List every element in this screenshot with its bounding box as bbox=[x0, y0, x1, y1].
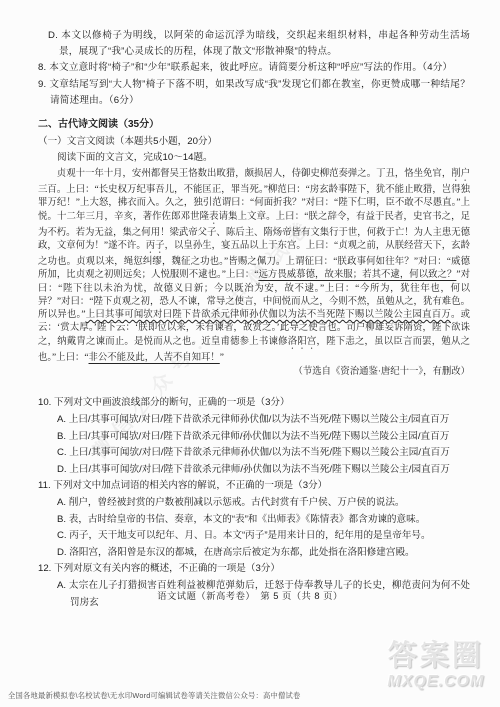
question-option: B. 表，古时给皇帝的书信、奏章，本文的“表”和《出师表》《陈情表》都含劝谏的意… bbox=[57, 512, 470, 529]
question-block: 10. 下列对文中画波浪线部分的断句，正确的一项是（3分）A. 上曰/其事可闻欤… bbox=[38, 395, 470, 478]
passage-intro: 阅读下面的文言文，完成10～14题。 bbox=[57, 150, 470, 165]
passage-segment-dot: 丙子 bbox=[146, 241, 165, 251]
passage-segment-dot: 削户 bbox=[451, 169, 470, 179]
question-option: D. 上曰/其事可闻欤/对曰/陛下昔欲杀元律师/孙伏伽以为法不当死/陛下赐以兰陵… bbox=[57, 462, 470, 479]
question-stem: 11. 下列对文中加点词语的相关内容的解说，不正确的一项是（3分） bbox=[38, 478, 470, 495]
passage-source: （节选自《资治通鉴·唐纪十一》，有删改） bbox=[38, 366, 470, 380]
logo-text-en: MXQE.COM bbox=[377, 674, 495, 690]
section-subtitle: （一）文言文阅读（本题共5小题，20分） bbox=[38, 134, 470, 151]
question-9: 9. 文章结尾写到“大人物”椅子下落不明，如果改写成“我”发现它们都在教室，你更… bbox=[38, 77, 470, 109]
passage-segment-u: 远方畏威慕德，故来服；若其不逮，何以致之？ bbox=[258, 270, 456, 280]
section-title: 二、古代诗文阅读（35分） bbox=[38, 117, 470, 134]
answer-circle-logo: 答案圈 MXQE.COM bbox=[377, 642, 495, 690]
passage-segment-wavy: 上曰其事可闻欤对曰陛下昔欲杀元律师孙伏伽以为法不当死陛下赐以兰陵公主园直百万 bbox=[86, 310, 451, 320]
question-stem: 12. 下列对原文有关内容的概述，不正确的一项是（3分） bbox=[38, 561, 470, 578]
prev-question-option-d: D. 本文以修椅子为明线，以阿荣的命运沉浮为暗线，交织起来组织材料，串起各种劳动… bbox=[48, 28, 470, 60]
passage-segment-dot: 洛阳宫 bbox=[288, 337, 317, 347]
question-8: 8. 本文立意时将“椅子”和“少年”联系起来，彼此呼应。请简要分析这种“呼应”写… bbox=[38, 60, 470, 76]
logo-text-cn: 答案圈 bbox=[377, 642, 495, 671]
question-option: A. 上曰/其事可闻欤/对曰/陛下昔欲杀元律师孙伏伽/以为法不当死/陛下赐以兰陵… bbox=[57, 412, 470, 429]
passage-segment-plain: ” bbox=[220, 353, 224, 363]
question-block: 12. 下列对原文有关内容的概述，不正确的一项是（3分）A. 太宗在儿子打猎损害… bbox=[38, 561, 470, 611]
exam-page: 微信公众号：高中僧试卷 D. 本文以修椅子为明线，以阿荣的命运沉浮为暗线，交织起… bbox=[0, 0, 500, 707]
question-block: 11. 下列对文中加点词语的相关内容的解说，不正确的一项是（3分）A. 削户，曾… bbox=[38, 478, 470, 561]
question-option: D. 洛阳宫，洛阳曾是东汉的都城，在唐高宗后被定为东都，此处指在洛阳修建宫殿。 bbox=[57, 545, 470, 562]
questions: 10. 下列对文中画波浪线部分的断句，正确的一项是（3分）A. 上曰/其事可闻欤… bbox=[38, 395, 470, 611]
passage-segment-plain: 贞观十一年十月，安州都督吴王恪数出畋猎，颇损居人，侍御史柳范奏弹之。丁丑，恪坐免… bbox=[57, 169, 451, 179]
question-option: C. 丙子，天干地支可以纪年、月、日。本文“丙子”是用来计日的，纪年用的是皇帝年… bbox=[57, 528, 470, 545]
question-option: B. 上曰/其事可闻欤/对曰/陛下昔欲杀元律师/孙伏伽以为法不当死/陛下赐以兰陵… bbox=[57, 429, 470, 446]
section-gap bbox=[38, 109, 470, 117]
question-stem: 10. 下列对文中画波浪线部分的断句，正确的一项是（3分） bbox=[38, 395, 470, 412]
page-footer: 语文试题（新高考卷） 第 5 页（共 8 页） bbox=[0, 588, 500, 602]
page-content: D. 本文以修椅子为明线，以阿荣的命运沉浮为暗线，交织起来组织材料，串起各种劳动… bbox=[38, 28, 470, 611]
passage-segment-dot: 表 bbox=[209, 212, 219, 222]
question-option: C. 上曰/其事可闻欤/对曰/陛下昔欲杀元律师孙伏伽/以为法不当死/陛下赐以兰陵… bbox=[57, 445, 470, 462]
passage-text: 贞观十一年十月，安州都督吴王恪数出畋猎，颇损居人，侍御史柳范奏弹之。丁丑，恪坐免… bbox=[38, 168, 470, 365]
question-option: A. 削户，曾经被封赏的户数被削减以示惩戒。古代封赏有千户侯、万户侯的说法。 bbox=[57, 495, 470, 512]
passage-segment-u: 非公不能及此，人苦不自知耳！ bbox=[89, 353, 220, 363]
bottom-note: 全国各地最新模拟卷\名校试卷\无水印Word可编辑试卷等请关注微信公众号：高中僧… bbox=[8, 691, 300, 701]
